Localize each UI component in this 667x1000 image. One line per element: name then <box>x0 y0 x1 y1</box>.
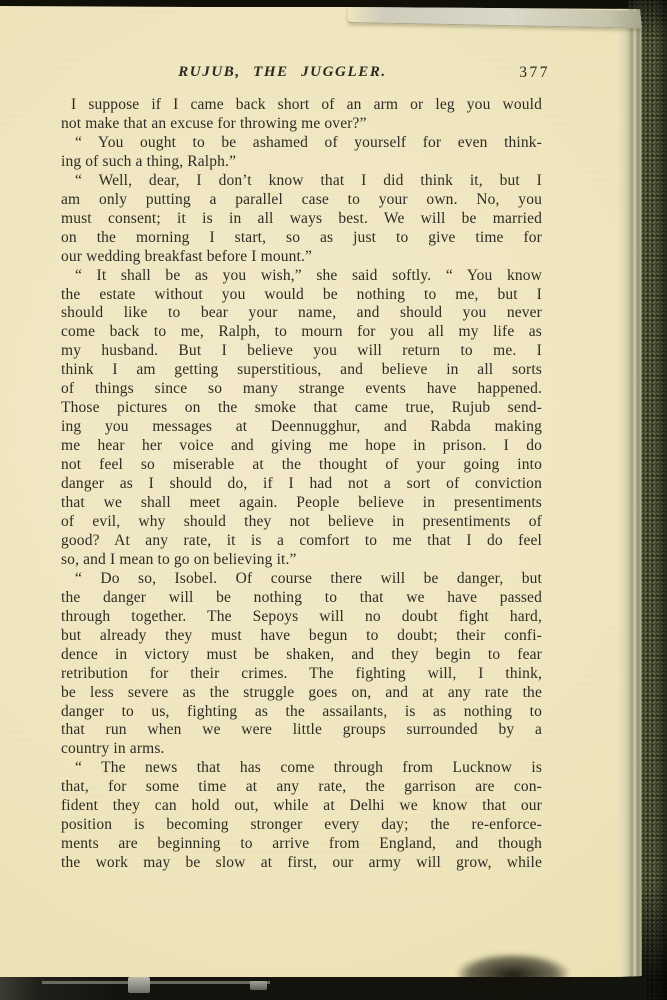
text-line: of evil, why should they not believe in … <box>61 513 542 532</box>
text-line: “ The news that has come through from Lu… <box>61 759 542 778</box>
text-line: but already they must have begun to doub… <box>61 627 542 646</box>
text-line: the estate without you would be nothing … <box>61 286 542 305</box>
running-head: RUJUB, THE JUGGLER. 377 <box>61 64 550 86</box>
text-line: must consent; it is in all ways best. We… <box>61 210 542 229</box>
text-line: ing you messages at Deennugghur, and Rab… <box>61 418 542 437</box>
text-line: should like to bear your name, and shoul… <box>61 304 542 323</box>
paragraph: I suppose if I came back short of an arm… <box>61 96 542 134</box>
body-text: I suppose if I came back short of an arm… <box>61 96 542 873</box>
text-line: fident they can hold out, while at Delhi… <box>61 797 542 816</box>
text-line: “ It shall be as you wish,” she said sof… <box>61 267 542 286</box>
paragraph: “ Do so, Isobel. Of course there will be… <box>61 570 542 760</box>
text-line: think I am getting superstitious, and be… <box>61 361 542 380</box>
printed-page-content: RUJUB, THE JUGGLER. 377 I suppose if I c… <box>0 0 667 1000</box>
text-line: of things since so many strange events h… <box>61 380 542 399</box>
text-line: danger to us, fighting as the assailants… <box>61 703 542 722</box>
text-line: not feel so miserable at the thought of … <box>61 456 542 475</box>
text-line: so, and I mean to go on believing it.” <box>61 551 542 570</box>
text-line: be less severe as the struggle goes on, … <box>61 684 542 703</box>
text-line: the danger will be nothing to that we ha… <box>61 589 542 608</box>
text-line: I suppose if I came back short of an arm… <box>61 96 542 115</box>
text-line: that we shall meet again. People believe… <box>61 494 542 513</box>
text-line: am only putting a parallel case to your … <box>61 191 542 210</box>
text-line: position is becoming stronger every day;… <box>61 816 542 835</box>
text-line: ing of such a thing, Ralph.” <box>61 153 542 172</box>
text-line: “ You ought to be ashamed of yourself fo… <box>61 134 542 153</box>
text-line: Those pictures on the smoke that came tr… <box>61 399 542 418</box>
paragraph: “ You ought to be ashamed of yourself fo… <box>61 134 542 172</box>
text-line: that run when we were little groups surr… <box>61 721 542 740</box>
text-line: dence in victory must be shaken, and the… <box>61 646 542 665</box>
text-line: my husband. But I believe you will retur… <box>61 342 542 361</box>
text-line: our wedding breakfast before I mount.” <box>61 248 542 267</box>
text-line: through together. The Sepoys will no dou… <box>61 608 542 627</box>
text-line: danger as I should do, if I had not a so… <box>61 475 542 494</box>
text-line: not make that an excuse for throwing me … <box>61 115 542 134</box>
text-line: me hear her voice and giving me hope in … <box>61 437 542 456</box>
text-line: that, for some time at any rate, the gar… <box>61 778 542 797</box>
paragraph: “ The news that has come through from Lu… <box>61 759 542 873</box>
text-line: ments are beginning to arrive from Engla… <box>61 835 542 854</box>
text-line: come back to me, Ralph, to mourn for you… <box>61 323 542 342</box>
text-line: “ Do so, Isobel. Of course there will be… <box>61 570 542 589</box>
book-title-header: RUJUB, THE JUGGLER. <box>61 64 504 81</box>
text-line: good? At any rate, it is a comfort to me… <box>61 532 542 551</box>
paragraph: “ It shall be as you wish,” she said sof… <box>61 267 542 570</box>
page-number: 377 <box>519 64 550 82</box>
text-line: country in arms. <box>61 740 542 759</box>
text-line: the work may be slow at first, our army … <box>61 854 542 873</box>
text-line: retribution for their crimes. The fighti… <box>61 665 542 684</box>
text-line: on the morning I start, so as just to gi… <box>61 229 542 248</box>
paragraph: “ Well, dear, I don’t know that I did th… <box>61 172 542 267</box>
text-line: “ Well, dear, I don’t know that I did th… <box>61 172 542 191</box>
